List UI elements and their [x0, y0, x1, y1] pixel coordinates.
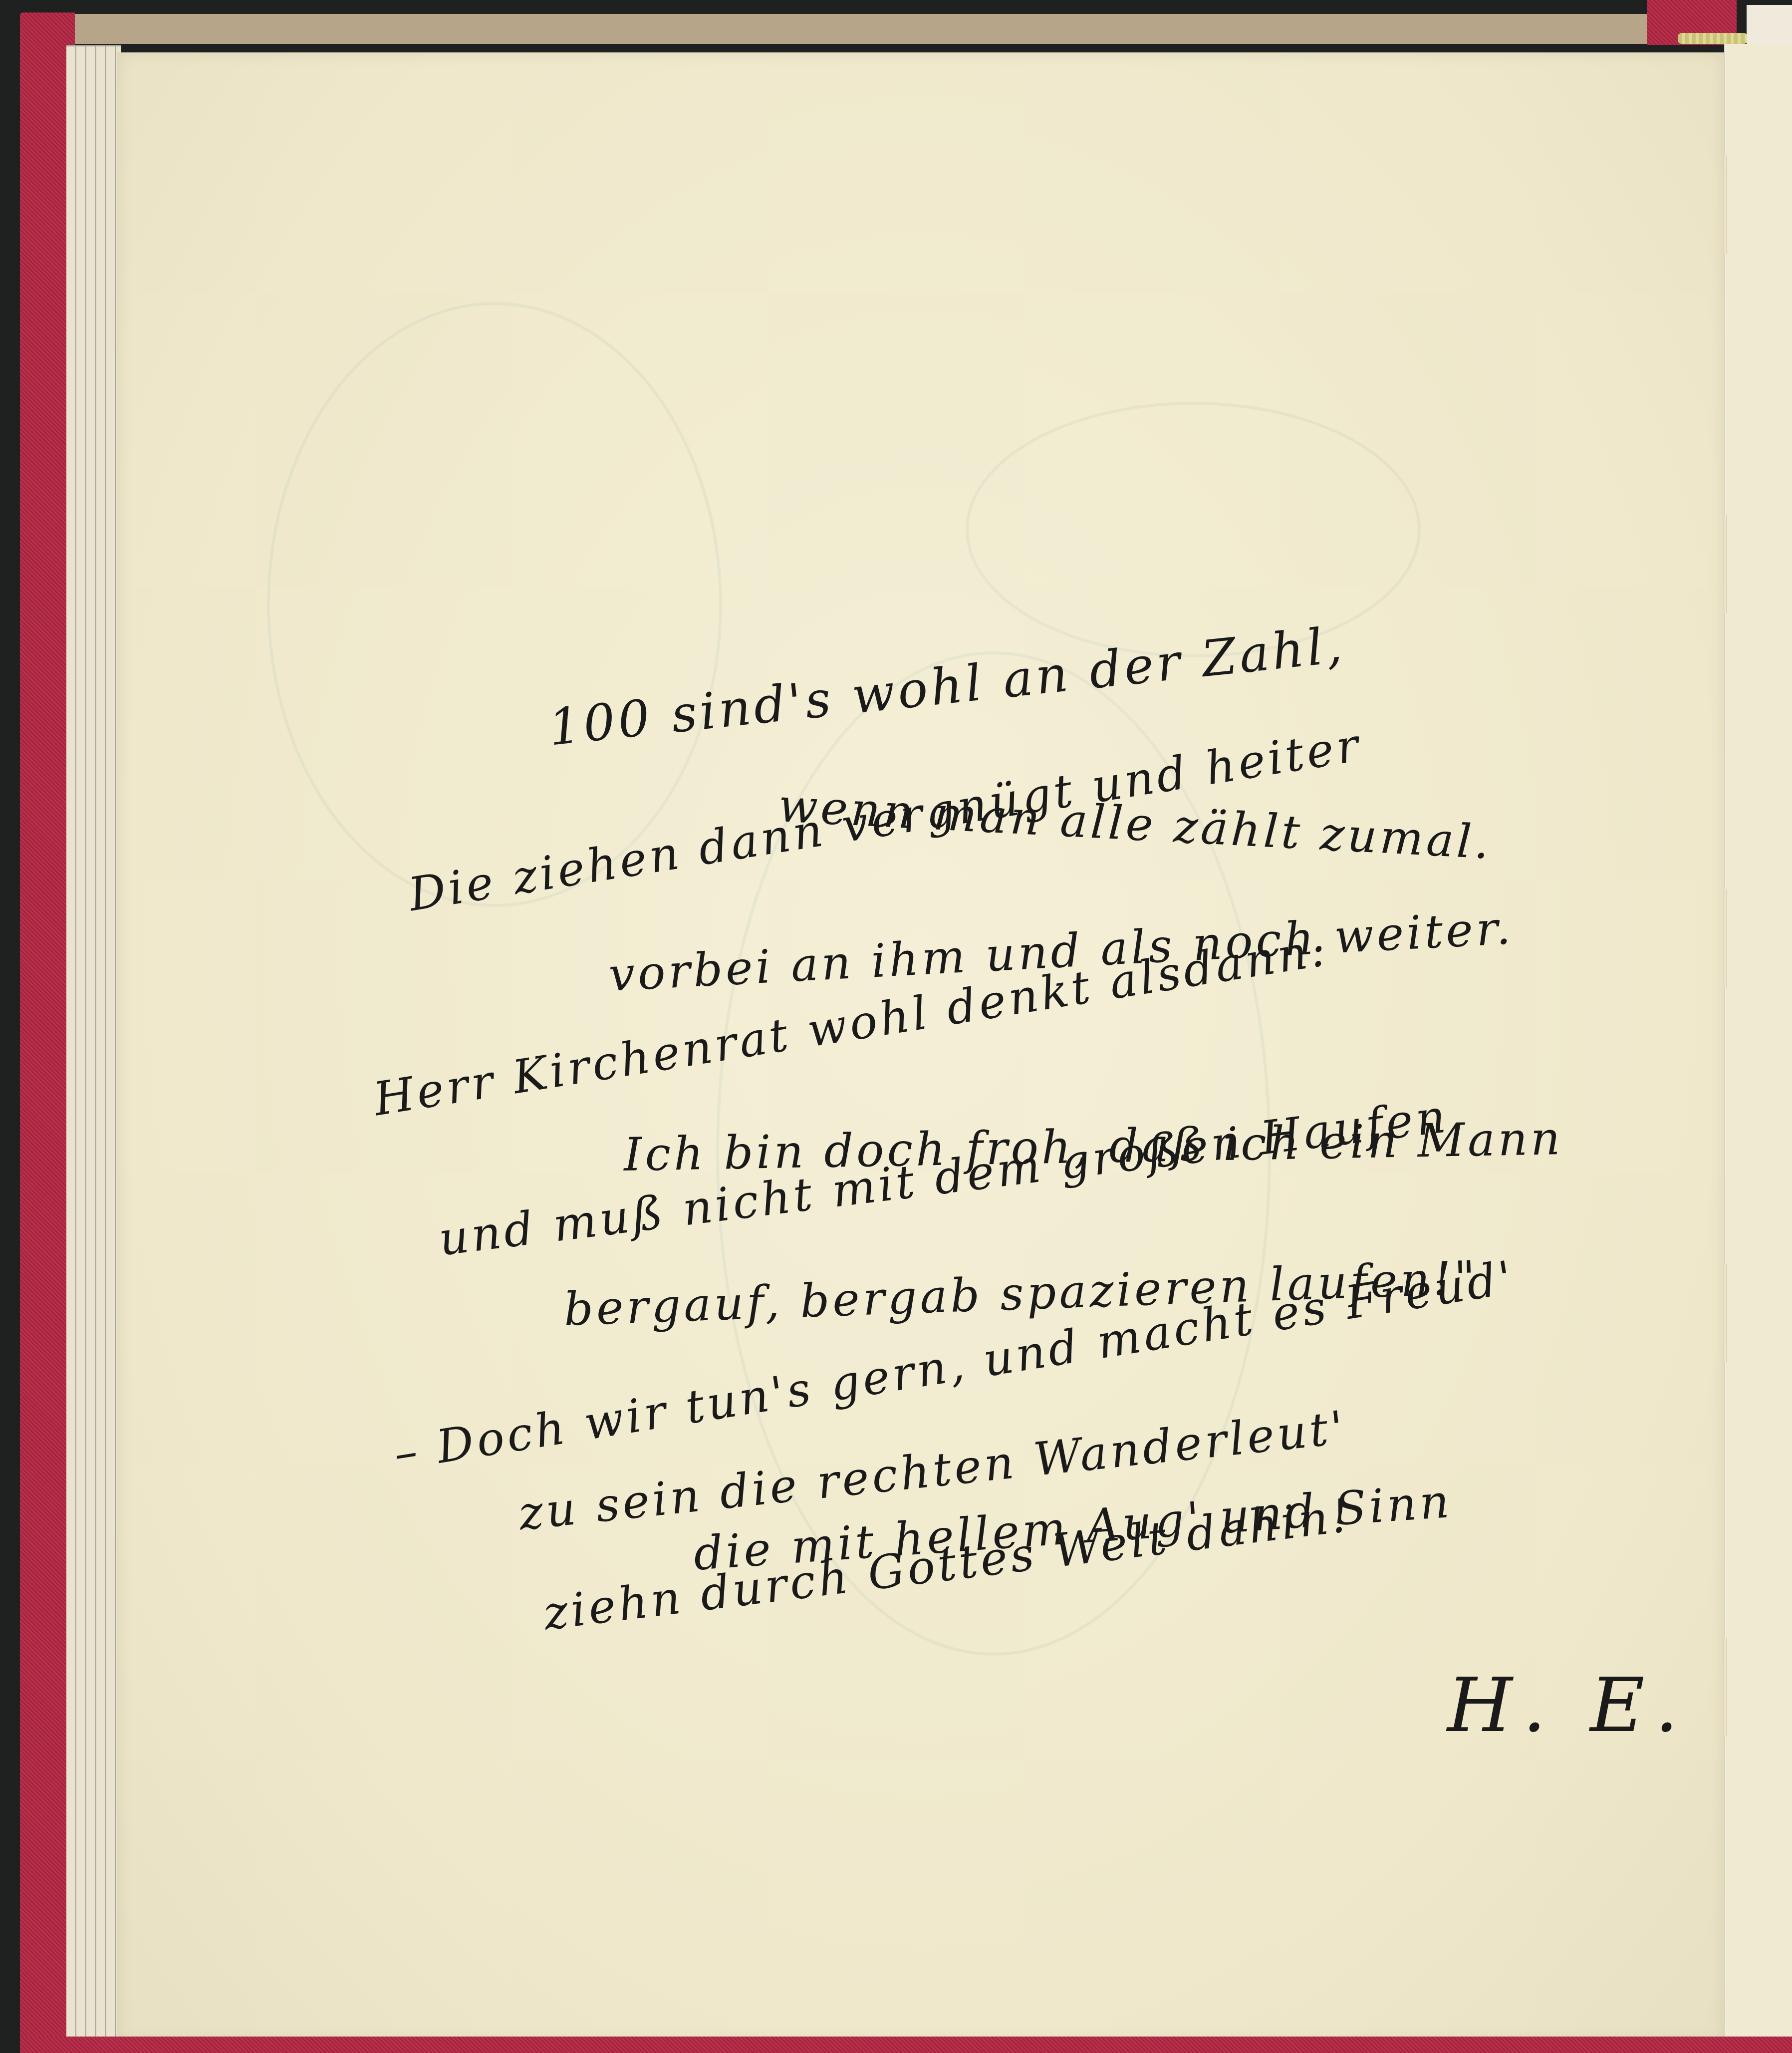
poem-line: und muß nicht mit dem großen Haufen [436, 1089, 1451, 1266]
signature-initials: H. E. [1447, 1662, 1688, 1749]
poem-line: 100 sind's wohl an der Zahl, [546, 615, 1347, 757]
handwritten-poem: 100 sind's wohl an der Zahl, wenn man al… [0, 0, 1792, 2053]
